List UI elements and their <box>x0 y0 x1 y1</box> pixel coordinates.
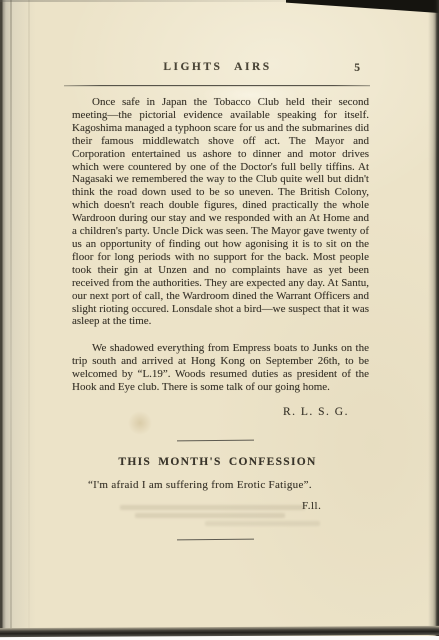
article-paragraph-1: Once safe in Japan the Tobacco Club held… <box>72 96 369 328</box>
header-rule <box>64 85 370 86</box>
bleed-through-text <box>120 505 305 510</box>
page-number: 5 <box>354 62 360 74</box>
scan-corner-shadow <box>286 0 439 13</box>
running-header: LIGHTS AIRS 5 <box>65 61 370 73</box>
gutter-crease <box>10 0 12 636</box>
confession-quote: “I'm afraid I am suffering from Erotic F… <box>88 479 312 491</box>
section-divider <box>177 440 254 442</box>
paper-sheet: LIGHTS AIRS 5 Once safe in Japan the Tob… <box>0 0 439 636</box>
scan-right-edge <box>433 0 439 636</box>
bleed-through-text <box>205 521 320 526</box>
scan-top-edge <box>0 0 300 2</box>
article-paragraph-2: We shadowed everything from Empress boat… <box>72 342 369 394</box>
scanned-page: LIGHTS AIRS 5 Once safe in Japan the Tob… <box>0 0 439 640</box>
soft-crease <box>28 0 30 636</box>
confession-heading: THIS MONTH'S CONFESSION <box>65 456 370 468</box>
article-byline: R. L. S. G. <box>72 406 349 418</box>
bleed-through-text <box>135 513 285 518</box>
section-divider <box>177 539 254 541</box>
page-title: LIGHTS AIRS <box>65 61 370 73</box>
scan-bottom-edge <box>0 626 439 637</box>
